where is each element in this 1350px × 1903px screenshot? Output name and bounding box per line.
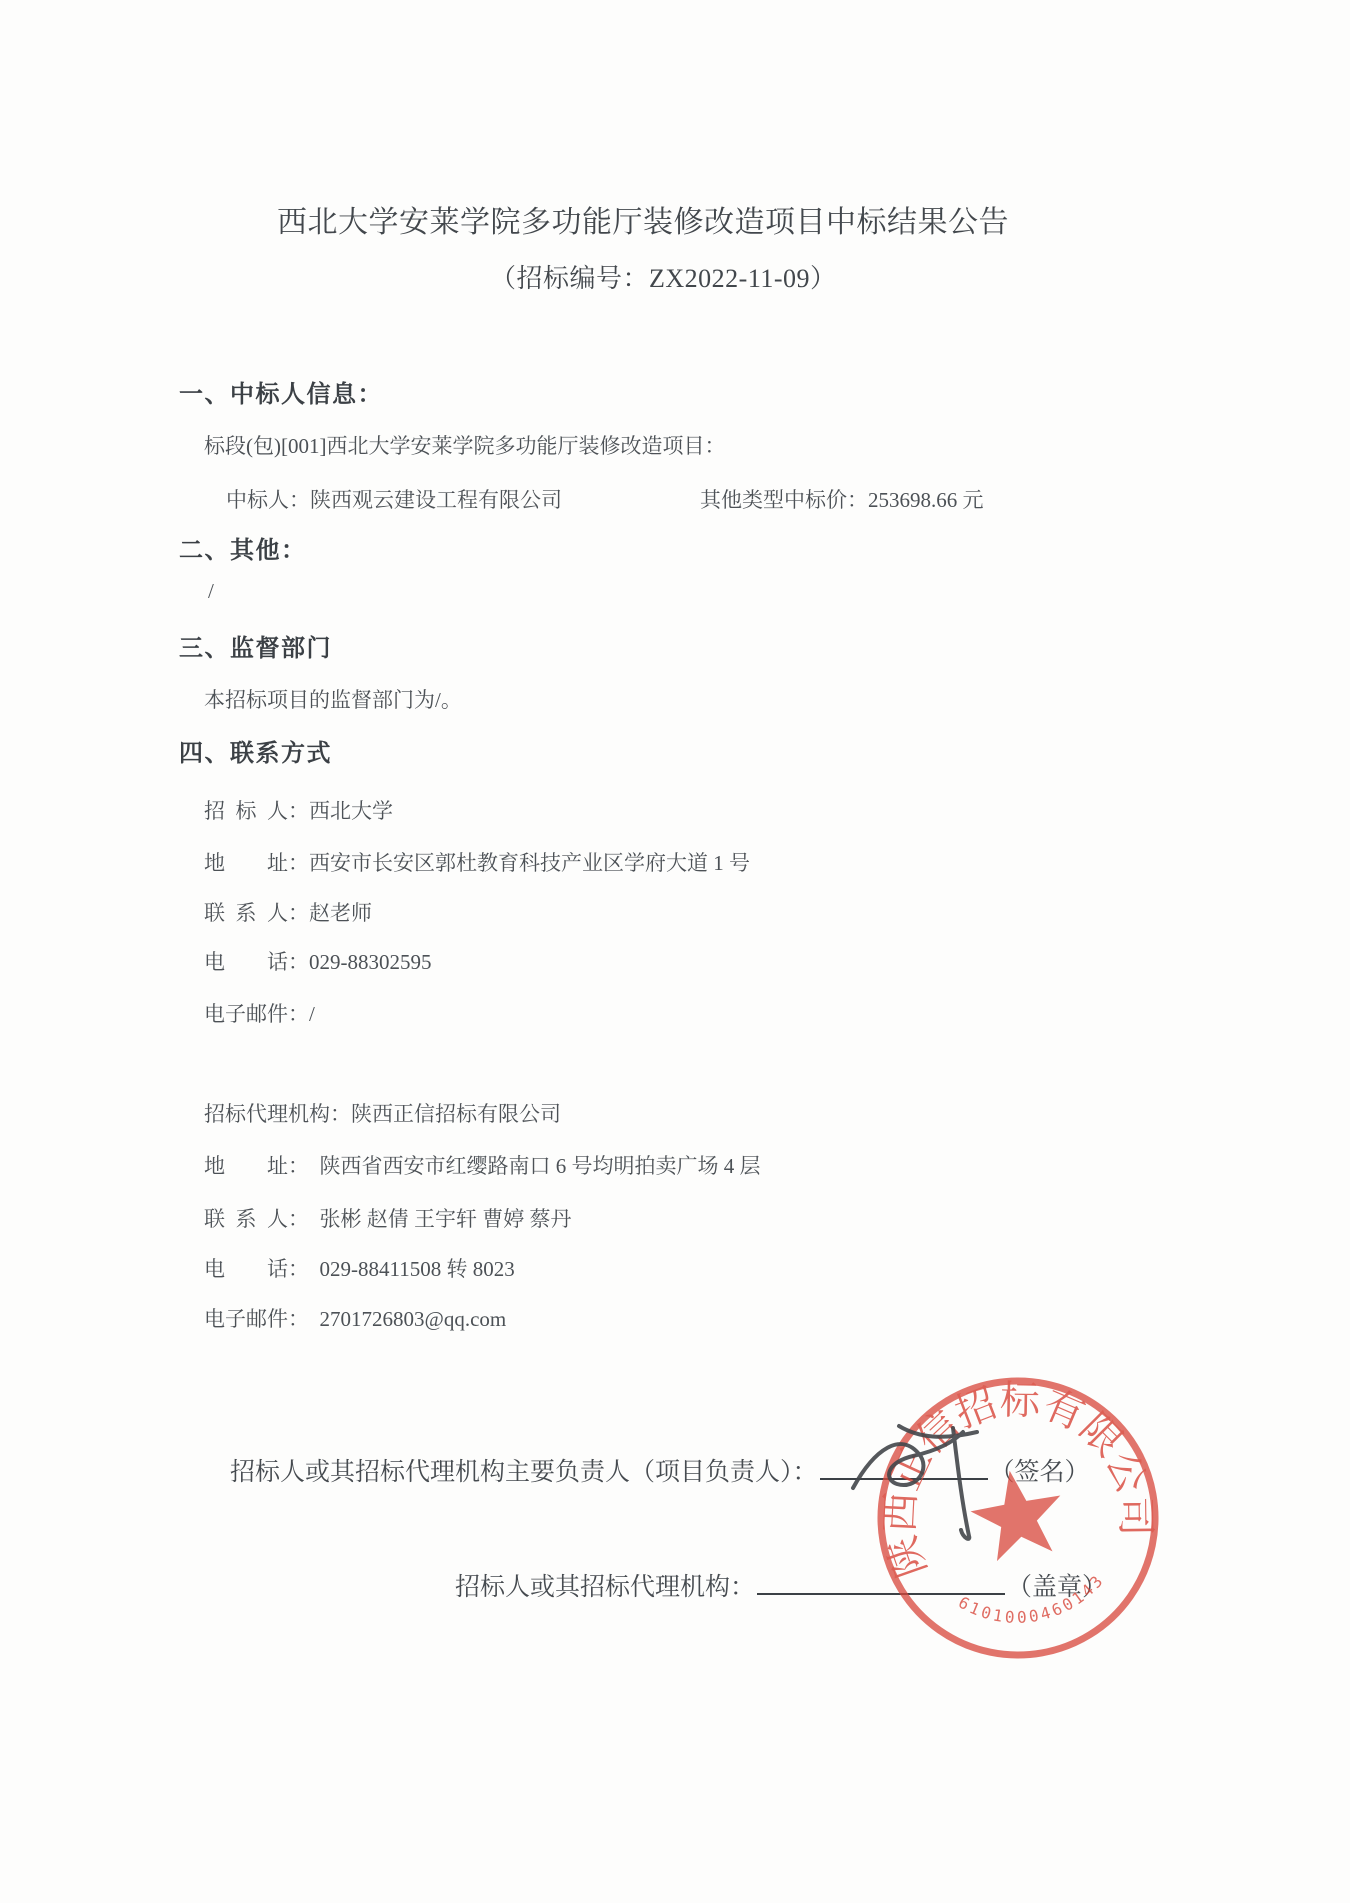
section1-heading: 一、中标人信息： <box>179 374 383 409</box>
tenderer-contact-row: 联 系 人：赵老师 <box>204 897 372 927</box>
winner-label: 中标人： <box>226 488 310 512</box>
section2-heading: 二、其他： <box>179 530 307 565</box>
bid-number: （招标编号：ZX2022-11-09） <box>490 258 837 295</box>
section3-heading: 三、监督部门 <box>179 628 332 663</box>
tenderer-phone-value: 029-88302595 <box>309 950 432 974</box>
tenderer-phone-row: 电 话：029-88302595 <box>204 946 432 976</box>
tenderer-contact-label: 联 系 人： <box>204 901 309 925</box>
signature-line2-suffix: （盖章） <box>1007 1574 1107 1601</box>
agency-name-row: 招标代理机构：陕西正信招标有限公司 <box>204 1098 561 1128</box>
agency-email-label: 电子邮件： <box>204 1307 320 1331</box>
agency-contact-row: 联 系 人： 张彬 赵倩 王宇轩 曹婷 蔡丹 <box>204 1203 572 1233</box>
tenderer-email-value: / <box>309 1002 315 1026</box>
signature-line1-suffix: （签名） <box>990 1459 1090 1486</box>
signature-blank-line <box>820 1453 988 1480</box>
tenderer-name-value: 西北大学 <box>309 799 393 823</box>
agency-address-row: 地 址： 陕西省西安市红缨路南口 6 号均明拍卖广场 4 层 <box>204 1150 761 1180</box>
document-page: 西北大学安莱学院多功能厅装修改造项目中标结果公告 （招标编号：ZX2022-11… <box>0 0 1350 1903</box>
agency-phone-row: 电 话： 029-88411508 转 8023 <box>204 1253 515 1283</box>
tenderer-name-row: 招 标 人：西北大学 <box>204 795 393 825</box>
tenderer-address-row: 地 址：西安市长安区郭杜教育科技产业区学府大道 1 号 <box>204 847 750 877</box>
tenderer-address-value: 西安市长安区郭杜教育科技产业区学府大道 1 号 <box>309 851 750 875</box>
agency-email-value: 2701726803@qq.com <box>320 1307 507 1331</box>
agency-phone-value: 029-88411508 转 8023 <box>320 1257 515 1281</box>
section4-heading: 四、联系方式 <box>179 733 332 768</box>
tenderer-phone-label: 电 话： <box>204 950 309 974</box>
winner-name: 陕西观云建设工程有限公司 <box>310 488 562 512</box>
document-title: 西北大学安莱学院多功能厅装修改造项目中标结果公告 <box>277 197 1009 241</box>
tenderer-email-label: 电子邮件： <box>204 1002 309 1026</box>
signature-line2-label: 招标人或其招标代理机构： <box>455 1574 755 1601</box>
tenderer-name-label: 招 标 人： <box>204 799 309 823</box>
agency-address-label: 地 址： <box>204 1154 320 1178</box>
agency-phone-label: 电 话： <box>204 1257 320 1281</box>
agency-name-label: 招标代理机构： <box>204 1102 351 1126</box>
agency-name-value: 陕西正信招标有限公司 <box>351 1102 561 1126</box>
tenderer-address-label: 地 址： <box>204 851 309 875</box>
agency-address-value: 陕西省西安市红缨路南口 6 号均明拍卖广场 4 层 <box>320 1154 761 1178</box>
price-label: 其他类型中标价： <box>700 488 868 512</box>
tenderer-email-row: 电子邮件：/ <box>204 998 315 1028</box>
signature-line1-label: 招标人或其招标代理机构主要负责人（项目负责人）： <box>230 1459 818 1486</box>
company-seal-stamp: 陕西正信招标有限公司 6101000460143 <box>849 1349 1187 1687</box>
agency-email-row: 电子邮件： 2701726803@qq.com <box>204 1303 506 1333</box>
winner-line: 中标人：陕西观云建设工程有限公司 <box>226 484 562 514</box>
section3-content: 本招标项目的监督部门为/。 <box>204 684 462 714</box>
seal-blank-line <box>757 1568 1005 1595</box>
section2-content: / <box>208 579 214 604</box>
agency-contact-label: 联 系 人： <box>204 1207 320 1231</box>
seal-outer-ring <box>859 1359 1176 1676</box>
tenderer-contact-value: 赵老师 <box>309 901 372 925</box>
seal-graphic: 陕西正信招标有限公司 6101000460143 <box>849 1349 1187 1687</box>
lot-line: 标段(包)[001]西北大学安莱学院多功能厅装修改造项目： <box>204 430 725 460</box>
signature-line-1: 招标人或其招标代理机构主要负责人（项目负责人）：（签名） <box>230 1452 1090 1488</box>
signature-line-2: 招标人或其招标代理机构：（盖章） <box>455 1567 1107 1603</box>
price-line: 其他类型中标价：253698.66 元 <box>700 484 984 514</box>
price-value: 253698.66 元 <box>868 488 984 512</box>
agency-contact-value: 张彬 赵倩 王宇轩 曹婷 蔡丹 <box>320 1207 572 1231</box>
